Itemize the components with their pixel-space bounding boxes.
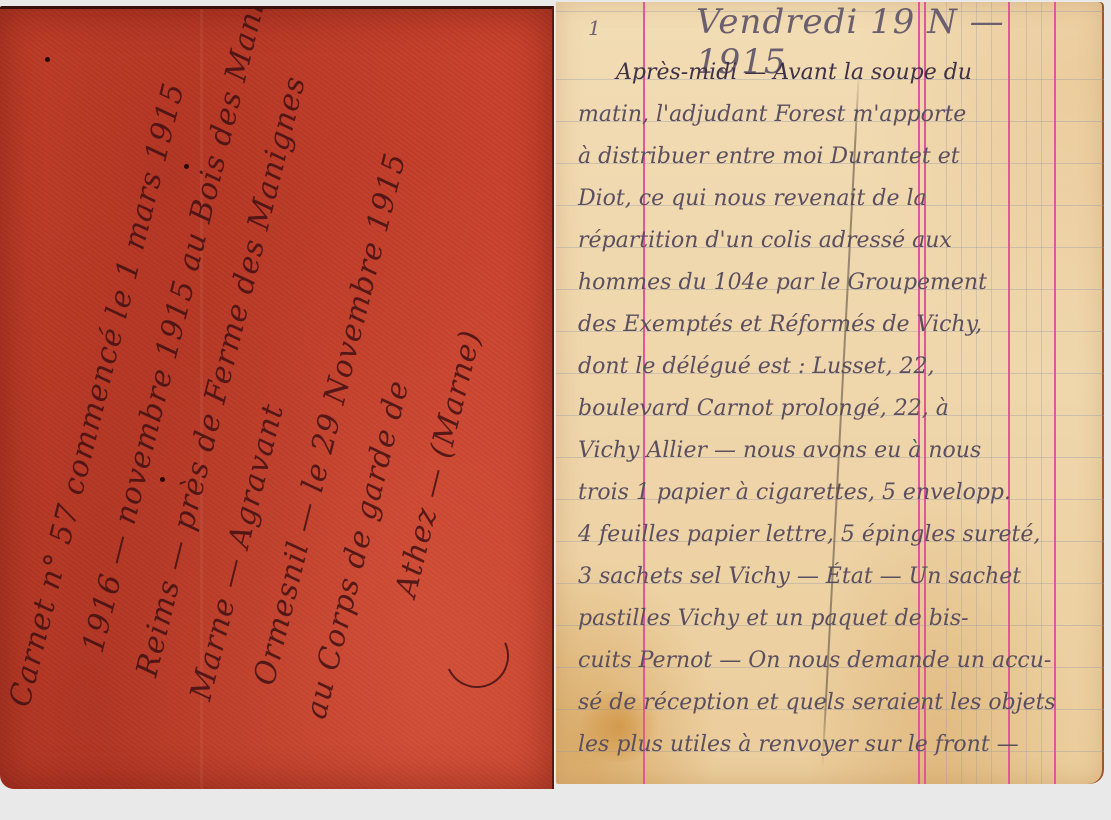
entry-line: matin, l'adjudant Forest m'apporte [578, 94, 1088, 136]
entry-line: Diot, ce qui nous revenait de la [578, 178, 1088, 220]
ink-arc-mark [436, 615, 518, 697]
journal-entry: Après-midi — Avant la soupe du matin, l'… [578, 52, 1088, 766]
entry-line: Après-midi — Avant la soupe du [578, 52, 1088, 94]
entry-line: dont le délégué est : Lusset, 22, [578, 346, 1088, 388]
entry-line: cuits Pernot — On nous demande un accu- [578, 640, 1088, 682]
entry-line: Vichy Allier — nous avons eu à nous [578, 430, 1088, 472]
entry-line: trois 1 papier à cigarettes, 5 envelopp. [578, 472, 1088, 514]
entry-line: des Exemptés et Réformés de Vichy, [578, 304, 1088, 346]
entry-line: pastilles Vichy et un paquet de bis- [578, 598, 1088, 640]
entry-line: à distribuer entre moi Durantet et [578, 136, 1088, 178]
entry-line: répartition d'un colis adressé aux [578, 220, 1088, 262]
ink-dot [160, 477, 165, 482]
entry-line: boulevard Carnot prolongé, 22, à [578, 388, 1088, 430]
entry-line: les plus utiles à renvoyer sur le front … [578, 724, 1088, 766]
page-number: 1 [588, 16, 601, 40]
ink-dot [45, 57, 50, 62]
entry-line: sé de réception et quels seraient les ob… [578, 682, 1088, 724]
ink-dot [184, 164, 189, 169]
journal-page: 1 Vendredi 19 N — 1915 Après-midi — Avan… [556, 2, 1104, 784]
notebook-cover: Carnet n° 57 commencé le 1 mars 1915 191… [0, 6, 554, 789]
entry-line: hommes du 104e par le Groupement [578, 262, 1088, 304]
